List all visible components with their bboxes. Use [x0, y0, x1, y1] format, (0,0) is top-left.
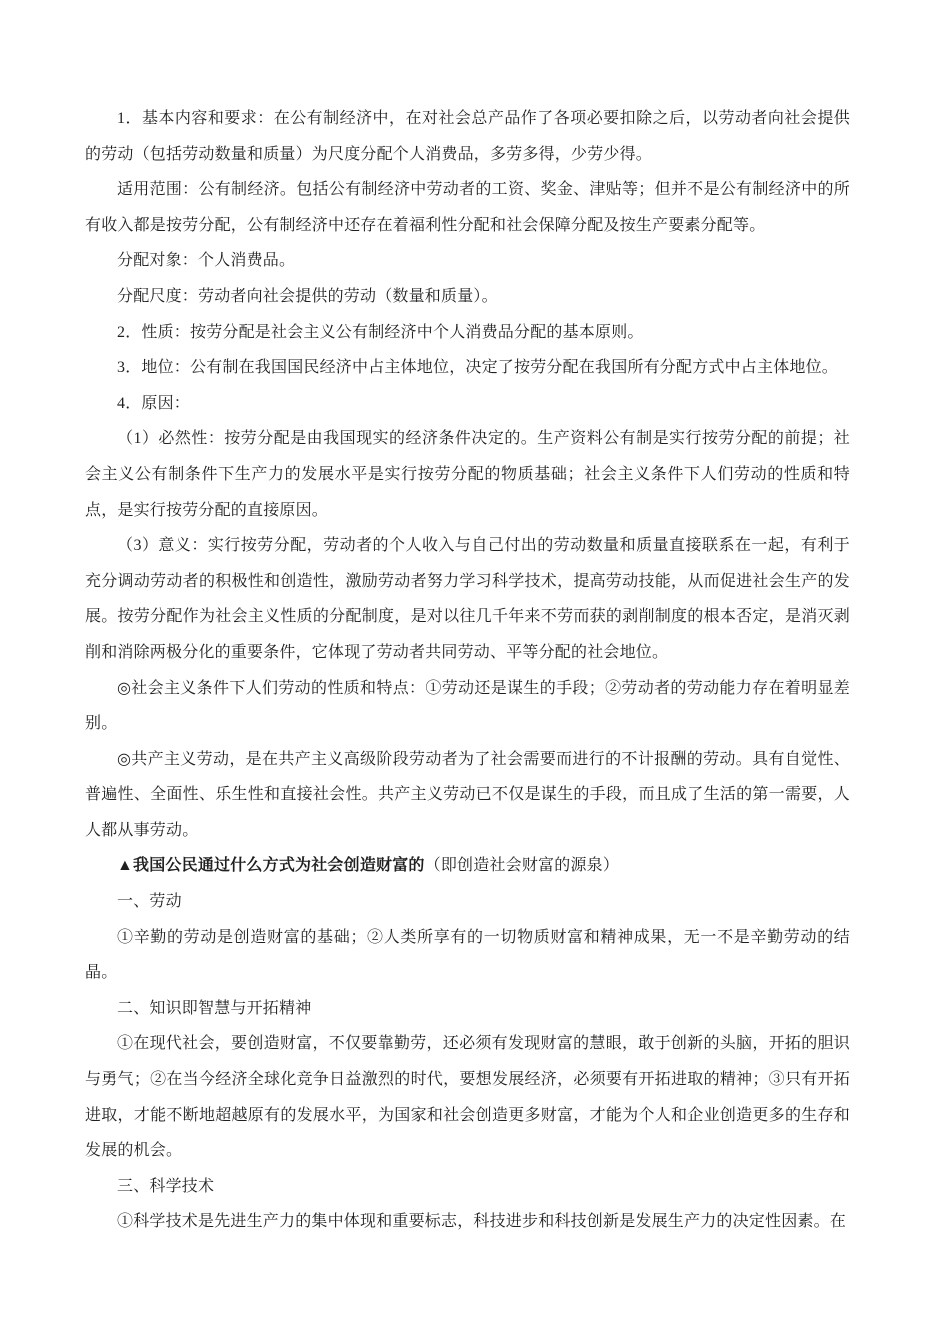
paragraph-knowledge-points: ①在现代社会，要创造财富，不仅要靠勤劳，还必须有发现财富的慧眼，敢于创新的头脑，…: [85, 1026, 850, 1168]
paragraph-significance: （3）意义：实行按劳分配，劳动者的个人收入与自己付出的劳动数量和质量直接联系在一…: [85, 528, 850, 670]
section-heading-note: （即创造社会财富的源泉）: [425, 857, 619, 874]
paragraph-distribution-object: 分配对象：个人消费品。: [85, 243, 850, 279]
subheading-science-technology: 三、科学技术: [85, 1169, 850, 1205]
paragraph-distribution-scale: 分配尺度：劳动者向社会提供的劳动（数量和质量）。: [85, 279, 850, 315]
paragraph-scope: 适用范围：公有制经济。包括公有制经济中劳动者的工资、奖金、津贴等；但并不是公有制…: [85, 172, 850, 243]
paragraph-reason-label: 4．原因：: [85, 386, 850, 422]
paragraph-labor-points: ①辛勤的劳动是创造财富的基础；②人类所享有的一切物质财富和精神成果，无一不是辛勤…: [85, 920, 850, 991]
subheading-knowledge: 二、知识即智慧与开拓精神: [85, 991, 850, 1027]
section-heading: ▲我国公民通过什么方式为社会创造财富的（即创造社会财富的源泉）: [85, 848, 850, 884]
document-page: 1．基本内容和要求：在公有制经济中，在对社会总产品作了各项必要扣除之后，以劳动者…: [0, 0, 950, 1344]
paragraph-basic-content: 1．基本内容和要求：在公有制经济中，在对社会总产品作了各项必要扣除之后，以劳动者…: [85, 101, 850, 172]
paragraph-note-socialist-labor: ◎社会主义条件下人们劳动的性质和特点：①劳动还是谋生的手段；②劳动者的劳动能力存…: [85, 671, 850, 742]
paragraph-necessity: （1）必然性：按劳分配是由我国现实的经济条件决定的。生产资料公有制是实行按劳分配…: [85, 421, 850, 528]
paragraph-note-communist-labor: ◎共产主义劳动，是在共产主义高级阶段劳动者为了社会需要而进行的不计报酬的劳动。具…: [85, 742, 850, 849]
paragraph-nature: 2．性质：按劳分配是社会主义公有制经济中个人消费品分配的基本原则。: [85, 315, 850, 351]
paragraph-status: 3．地位：公有制在我国国民经济中占主体地位，决定了按劳分配在我国所有分配方式中占…: [85, 350, 850, 386]
section-heading-bold-text: ▲我国公民通过什么方式为社会创造财富的: [117, 857, 425, 874]
subheading-labor: 一、劳动: [85, 884, 850, 920]
paragraph-science-points: ①科学技术是先进生产力的集中体现和重要标志，科技进步和科技创新是发展生产力的决定…: [85, 1204, 850, 1240]
